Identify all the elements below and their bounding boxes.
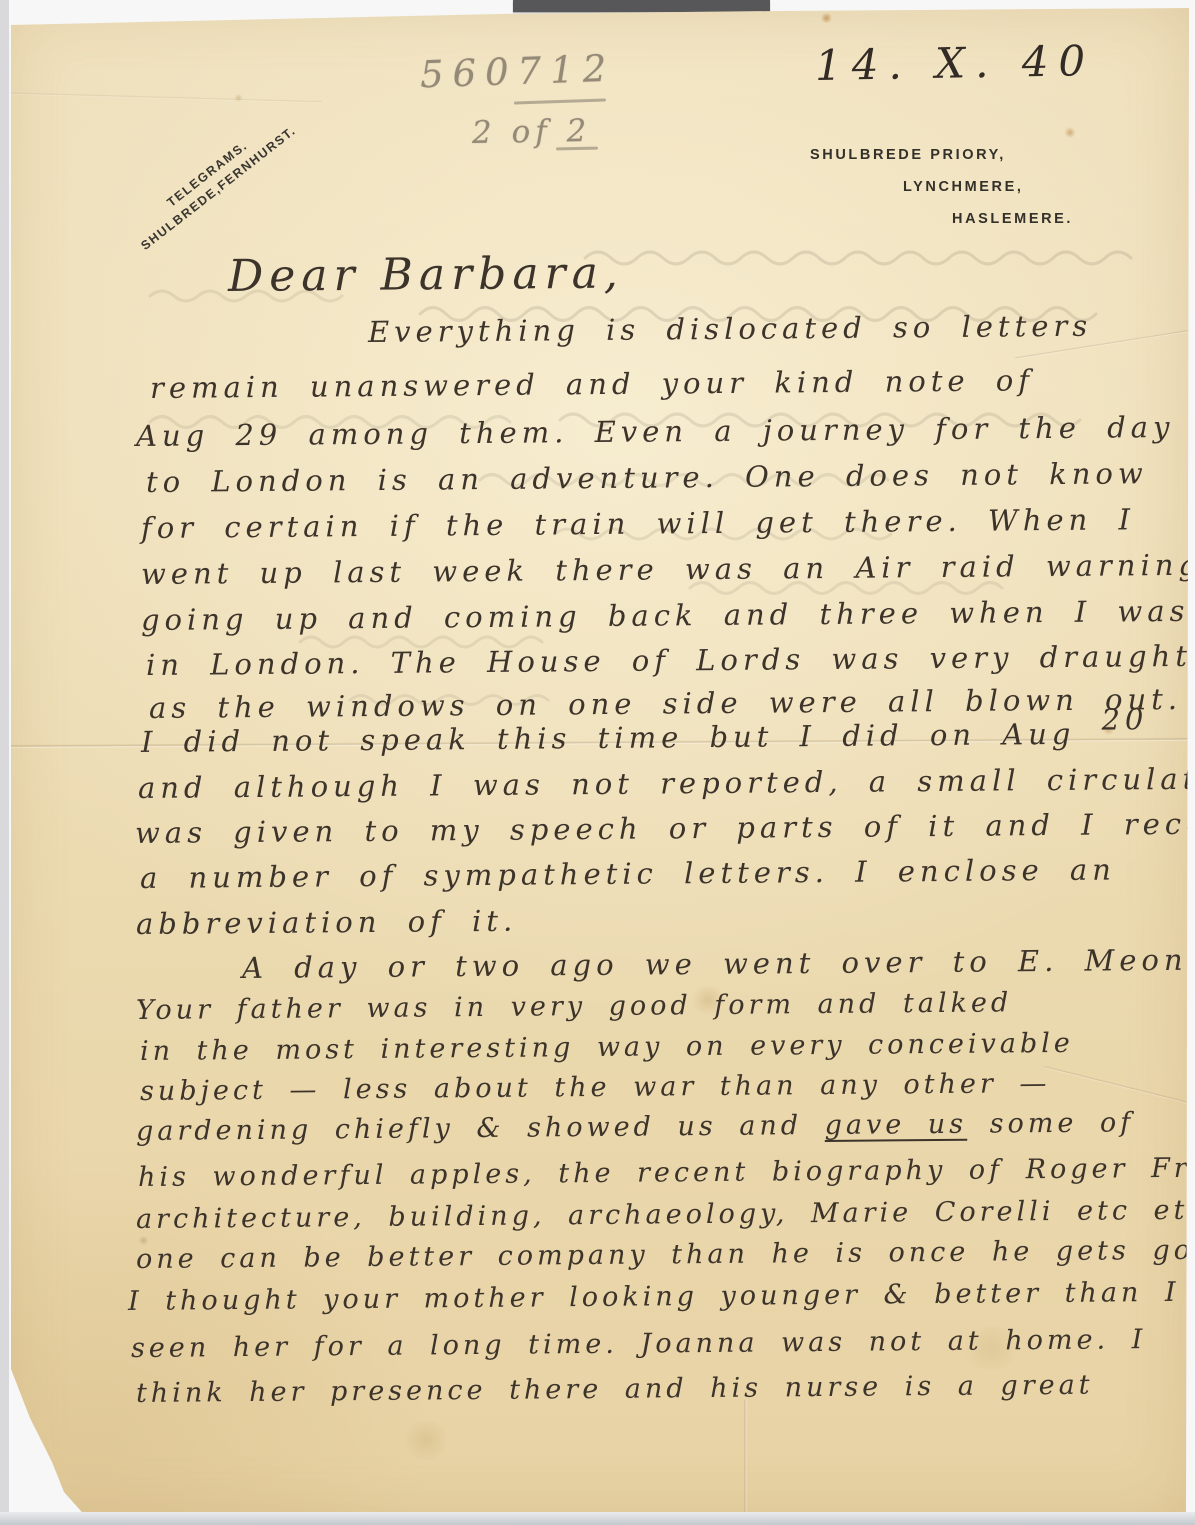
letter-line-text: gardening chiefly & showed us and: [136, 1110, 825, 1147]
letter-greeting: Dear Barbara,: [228, 249, 624, 303]
foxing-spot: [234, 94, 243, 102]
letter-line-text: some of: [967, 1107, 1134, 1139]
underlined-phrase: gave us: [825, 1109, 968, 1141]
pencil-archive-number: 560712: [419, 47, 616, 97]
superscript-number: 20: [1101, 702, 1148, 736]
foxing-spot: [1064, 127, 1076, 138]
scanned-letter-page: { "annotations": { "archive_number": "56…: [0, 0, 1195, 1525]
letterhead-address-line2: LYNCHMERE,: [903, 179, 1024, 195]
bleedthrough-squiggle: [585, 252, 1131, 264]
handwritten-date: 14. X. 40: [815, 37, 1096, 90]
paper-clip-tab: [513, 0, 770, 12]
pencil-page-marker: 2 of 2: [472, 113, 592, 151]
crease-bottom-vertical: [744, 1400, 747, 1524]
scanner-bottom-strip: [0, 1512, 1195, 1525]
foxing-spot: [400, 1420, 452, 1460]
letter-line: Everything is dislocated so letters: [368, 310, 1092, 350]
scanner-edge-strip: [0, 0, 9, 1525]
foxing-spot: [820, 13, 833, 23]
letter-paper: 560712 2 of 2 14. X. 40 TELEGRAMS. SHULB…: [0, 0, 1195, 1525]
letterhead-address-line1: SHULBREDE PRIORY,: [810, 147, 1006, 163]
letter-line: abbreviation of it.: [136, 905, 518, 942]
letterhead-address-line3: HASLEMERE.: [952, 211, 1073, 227]
